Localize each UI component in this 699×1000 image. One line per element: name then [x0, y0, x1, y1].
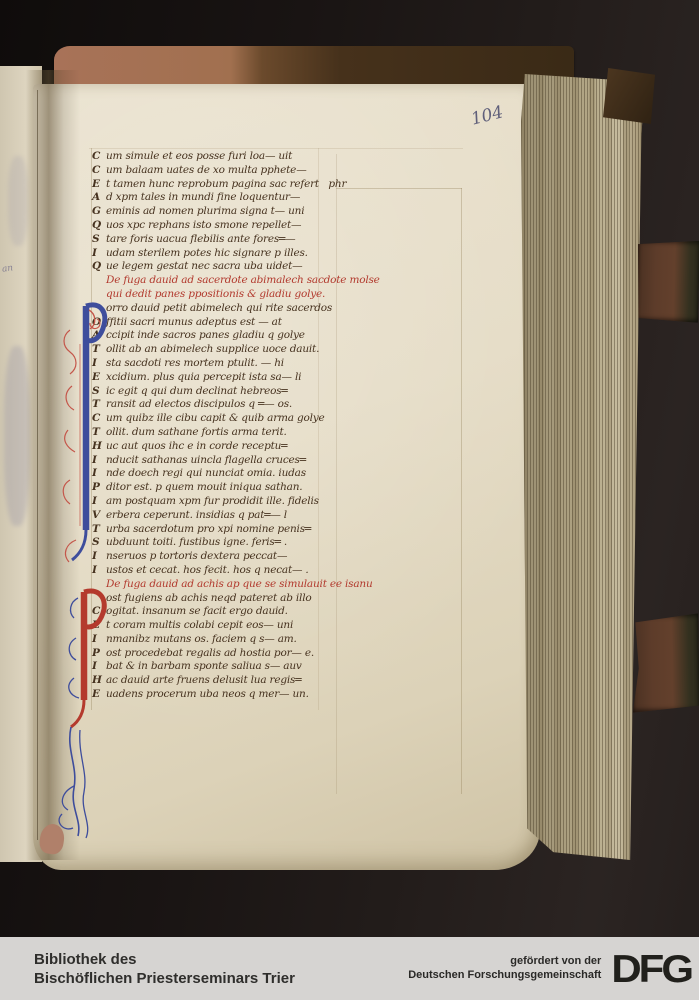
illuminated-initial-P-red — [52, 580, 112, 844]
line-text: d xpm tales in mundi fine loquentur— — [106, 191, 334, 205]
line-text: t coram multis colabi cepit eos— uni — [106, 619, 334, 633]
line-text: De fuga dauid ad sacerdote abimalech sac… — [106, 274, 380, 288]
manuscript-line: Pditor est. p quem mouit iniqua sathan. — [92, 481, 334, 495]
funding-line1: gefördert von der — [408, 955, 601, 969]
line-text: ogitat. insanum se facit ergo dauid. — [106, 605, 334, 619]
line-initial: Q — [92, 219, 106, 233]
gutter-crease — [37, 90, 38, 840]
line-text: ditor est. p quem mouit iniqua sathan. — [106, 481, 334, 495]
manuscript-line: Cum simule et eos posse furi loa— uit — [92, 150, 334, 164]
leather-strap-bottom — [631, 613, 699, 712]
line-text: ue legem gestat nec sacra uba uidet— — [106, 260, 334, 274]
library-line2: Bischöflichen Priesterseminars Trier — [34, 969, 295, 988]
ruling-line — [461, 188, 462, 794]
manuscript-line: Verbera ceperunt. insidias q pat═— l — [92, 509, 334, 523]
manuscript-line: Post procedebat regalis ad hostia por— e… — [92, 647, 334, 661]
line-initial: A — [92, 191, 106, 205]
manuscript-line: Ista sacdoti res mortem ptulit. — hi — [92, 357, 334, 371]
manuscript-line: Cogitat. insanum se facit ergo dauid. — [92, 605, 334, 619]
manuscript-line: Tollit ab an abimelech supplice uoce dau… — [92, 343, 334, 357]
manuscript-line: Iam postquam xpm fur prodidit ille. fide… — [92, 495, 334, 509]
library-name: Bibliothek des Bischöflichen Priestersem… — [34, 950, 295, 988]
manuscript-line: Huc aut quos ihc e in corde receptu═ — [92, 440, 334, 454]
manuscript-line: Et tamen hunc reprobum pagina sac refert… — [92, 178, 334, 192]
manuscript-line: Turba sacerdotum pro xpi nomine penis═ — [92, 523, 334, 537]
line-text: ac dauid arte fruens delusit lua regis═ — [106, 674, 334, 688]
line-text: am postquam xpm fur prodidit ille. fidel… — [106, 495, 334, 509]
manuscript-line: De fuga dauid ad sacerdote abimalech sac… — [92, 274, 334, 288]
line-text: bat & in barbam sponte saliua s— auv — [106, 660, 334, 674]
fore-edge-page-block — [521, 74, 645, 860]
line-text: um quibz ille cibu capit & quib arma gol… — [106, 412, 334, 426]
line-text: nde doech regi qui nunciat omia. iudas — [106, 467, 334, 481]
line-text: eminis ad nomen plurima signa t— uni — [106, 205, 334, 219]
leather-strap-top — [636, 239, 699, 323]
manuscript-line: Excidium. plus quia percepit ista sa— li — [92, 371, 334, 385]
manuscript-line: Ad xpm tales in mundi fine loquentur— — [92, 191, 334, 205]
line-text: nseruos p tortoris dextera peccat— — [106, 550, 334, 564]
manuscript-line: Inde doech regi qui nunciat omia. iudas — [92, 467, 334, 481]
line-text: uadens procerum uba neos q mer— un. — [106, 688, 334, 702]
manuscript-line: Offitii sacri munus adeptus est — at — [92, 316, 334, 330]
line-text: uos xpc rephans isto smone repellet— — [106, 219, 334, 233]
line-text: ic egit q qui dum declinat hebreos═ — [106, 385, 334, 399]
manuscript-line: Inducit sathanas uincla flagella cruces═ — [92, 454, 334, 468]
manuscript-line: Euadens procerum uba neos q mer— un. — [92, 688, 334, 702]
back-cover-corner — [603, 68, 655, 124]
ink-showthrough — [8, 156, 28, 246]
manuscript-line: ost fugiens ab achis neqd pateret ab ill… — [92, 592, 334, 606]
manuscript-line: Subduunt toiti. fustibus igne. feris═ . — [92, 536, 334, 550]
line-text: ollit. dum sathane fortis arma terit. — [106, 426, 334, 440]
line-initial: Q — [92, 260, 106, 274]
manuscript-line: Iudam sterilem potes hic signare p illes… — [92, 247, 334, 261]
manuscript-line: Et coram multis colabi cepit eos— uni — [92, 619, 334, 633]
line-text: sta sacdoti res mortem ptulit. — hi — [106, 357, 334, 371]
line-text: um simule et eos posse furi loa— uit — [106, 150, 334, 164]
line-text: udam sterilem potes hic signare p illes. — [106, 247, 334, 261]
line-text: ost fugiens ab achis neqd pateret ab ill… — [106, 592, 334, 606]
line-text: qui dedit panes ppositionis & gladiu gol… — [106, 288, 334, 302]
line-text: xcidium. plus quia percepit ista sa— li — [106, 371, 334, 385]
manuscript-line: Hac dauid arte fruens delusit lua regis═ — [92, 674, 334, 688]
ruling-line — [336, 188, 462, 189]
manuscript-line: qui dedit panes ppositionis & gladiu gol… — [92, 288, 334, 302]
line-text: uc aut quos ihc e in corde receptu═ — [106, 440, 334, 454]
line-initial: E — [92, 178, 106, 192]
line-text: ccipit inde sacros panes gladiu q golye — [106, 329, 334, 343]
manuscript-line: Sic egit q qui dum declinat hebreos═ — [92, 385, 334, 399]
line-text: nmanibz mutans os. faciem q s— am. — [106, 633, 334, 647]
line-text: ost procedebat regalis ad hostia por— e. — [106, 647, 334, 661]
line-text: ollit ab an abimelech supplice uoce daui… — [106, 343, 334, 357]
line-text: ubduunt toiti. fustibus igne. feris═ . — [106, 536, 334, 550]
line-text: De fuga dauid ad achis ap que se simulau… — [106, 578, 373, 592]
manuscript-line: Que legem gestat nec sacra uba uidet— — [92, 260, 334, 274]
line-text: nducit sathanas uincla flagella cruces═ — [106, 454, 334, 468]
manuscript-line: Tollit. dum sathane fortis arma terit. — [92, 426, 334, 440]
line-text: tare foris uacua flebilis ante fores═— — [106, 233, 334, 247]
manuscript-line: De fuga dauid ad achis ap que se simulau… — [92, 578, 334, 592]
ruling-line — [336, 154, 337, 794]
line-initial: S — [92, 233, 106, 247]
manuscript-line: Cum quibz ille cibu capit & quib arma go… — [92, 412, 334, 426]
text-block: Cum simule et eos posse furi loa— uitCum… — [92, 150, 334, 702]
line-text: orro dauid petit abimelech qui rite sace… — [106, 302, 334, 316]
line-initial: C — [92, 164, 106, 178]
manuscript-line: Geminis ad nomen plurima signa t— uni — [92, 205, 334, 219]
funding-line2: Deutschen Forschungsgemeinschaft — [408, 969, 601, 983]
dfg-logo: DFG — [611, 949, 691, 988]
manuscript-line: Transit ad electos discipulos q ═— os. — [92, 398, 334, 412]
manuscript-line: Cum balaam uates de xo multa pphete— — [92, 164, 334, 178]
library-line1: Bibliothek des — [34, 950, 295, 969]
facing-page-note: an — [1, 263, 13, 274]
manuscript-line: Stare foris uacua flebilis ante fores═— — [92, 233, 334, 247]
funding-credit: gefördert von der Deutschen Forschungsge… — [408, 955, 601, 982]
line-initial — [92, 274, 106, 288]
line-text: ransit ad electos discipulos q ═— os. — [106, 398, 334, 412]
line-text: um balaam uates de xo multa pphete— — [106, 164, 334, 178]
footer-bar: Bibliothek des Bischöflichen Priestersem… — [0, 937, 699, 1000]
ruling-line — [89, 148, 463, 149]
line-text: ustos et cecat. hos fecit. hos q necat— … — [106, 564, 334, 578]
manuscript-line: Inmanibz mutans os. faciem q s— am. — [92, 633, 334, 647]
manuscript-line: Iustos et cecat. hos fecit. hos q necat—… — [92, 564, 334, 578]
manuscript-photo: an 104 Cum simule et eos posse furi loa—… — [0, 0, 699, 1000]
line-text: t tamen hunc reprobum pagina sac refert … — [106, 178, 346, 192]
line-initial: I — [92, 247, 106, 261]
line-text: urba sacerdotum pro xpi nomine penis═ — [106, 523, 334, 537]
line-text: ffitii sacri munus adeptus est — at — [106, 316, 334, 330]
manuscript-line: Ibat & in barbam sponte saliua s— auv — [92, 660, 334, 674]
manuscript-line: orro dauid petit abimelech qui rite sace… — [92, 302, 334, 316]
manuscript-line: Quos xpc rephans isto smone repellet— — [92, 219, 334, 233]
line-initial: C — [92, 150, 106, 164]
manuscript-line: Accipit inde sacros panes gladiu q golye — [92, 329, 334, 343]
line-initial: G — [92, 205, 106, 219]
illuminated-initial-P-blue — [56, 292, 108, 592]
manuscript-line: Inseruos p tortoris dextera peccat— — [92, 550, 334, 564]
line-text: erbera ceperunt. insidias q pat═— l — [106, 509, 334, 523]
